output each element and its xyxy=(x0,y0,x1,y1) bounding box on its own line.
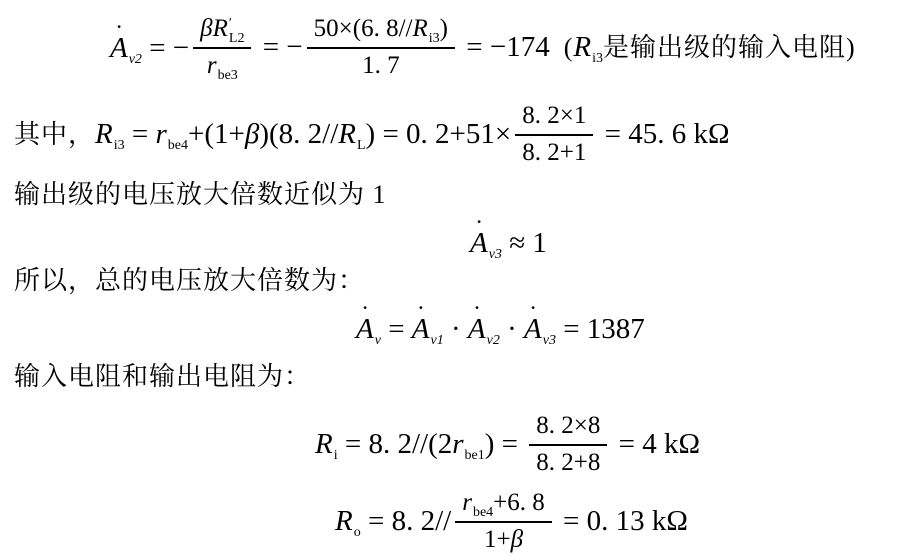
center-dot: · xyxy=(500,313,524,346)
variable-R: R xyxy=(413,15,428,44)
dot-accent: ˙ xyxy=(473,301,482,331)
numerator-8-2x1: 8. 2×1 xyxy=(515,101,593,136)
subscript-v2: v2 xyxy=(487,333,500,349)
result-text: = 45. 6 kΩ xyxy=(597,118,729,151)
A-dot-symbol: ˙A xyxy=(356,311,374,346)
fraction-beta-rl2-over-rbe3: βR′L2 rbe3 xyxy=(193,14,251,82)
note-chinese-text: 是输出级的输入电阻 xyxy=(603,33,846,63)
textbook-page: ˙Av2 = − βR′L2 rbe3 = − 50×(6. 8//Ri3) 1… xyxy=(0,0,913,560)
output-stage-gain-sentence: 输出级的电压放大倍数近似为 1 xyxy=(14,180,387,210)
ri3-note: (Ri3是输出级的输入电阻) xyxy=(564,31,856,64)
subscript-i3: i3 xyxy=(592,51,603,67)
equals-minus-2: = − xyxy=(255,31,302,64)
fraction-ri: 8. 2×8 8. 2+8 xyxy=(529,411,607,479)
variable-r: r xyxy=(155,118,166,151)
variable-r: r xyxy=(207,52,217,81)
ro-lhs: Ro = 8. 2// xyxy=(335,505,451,538)
A-dot-symbol: ˙A xyxy=(412,311,430,346)
ri-result: = 4 kΩ xyxy=(611,428,700,461)
num-rest-text: +6. 8 xyxy=(493,489,545,518)
sentence-text: 所以，总的电压放大倍数为： xyxy=(14,266,365,296)
equation-ro-row: Ro = 8. 2// rbe4+6. 8 1+β = 0. 13 kΩ xyxy=(335,484,688,560)
beta-symbol: β xyxy=(200,15,212,44)
subscript-i3: i3 xyxy=(429,31,440,47)
A-dot-symbol: ˙A xyxy=(468,311,486,346)
den-text-a: 1+ xyxy=(484,526,511,555)
dot-accent: ˙ xyxy=(361,301,370,331)
prime-sub-stack: ′L2 xyxy=(229,17,245,46)
variable-R: R xyxy=(338,118,356,151)
subscript-L2: L2 xyxy=(229,32,245,47)
result-text: = 0. 13 kΩ xyxy=(556,505,688,538)
av2-result: = −174 xyxy=(459,31,550,64)
denominator-8-2plus8: 8. 2+8 xyxy=(529,446,607,479)
dot-accent: ˙ xyxy=(529,301,538,331)
av3-formula: ˙Av3 ≈ 1 xyxy=(470,225,547,260)
dot-accent: ˙ xyxy=(475,215,484,245)
total-gain-sentence: 所以，总的电压放大倍数为： xyxy=(14,266,365,296)
result-text: = 4 kΩ xyxy=(611,428,700,461)
numerator-beta-rl2: βR′L2 xyxy=(193,14,251,49)
den-text: 8. 2+8 xyxy=(536,449,600,478)
denominator-rbe3: rbe3 xyxy=(200,49,245,82)
num-text: 8. 2×1 xyxy=(522,102,586,131)
prime-symbol: ′ xyxy=(229,17,232,32)
ri3-lhs: Ri3 = rbe4+(1+β)(8. 2//RL) = 0. 2+51× xyxy=(95,118,511,151)
variable-R: R xyxy=(315,428,333,461)
equals: = xyxy=(125,118,156,151)
den-text: 8. 2+1 xyxy=(522,139,586,168)
A-dot-symbol: ˙A xyxy=(470,225,488,260)
subscript-v1: v1 xyxy=(431,333,444,349)
A-dot-symbol: ˙A xyxy=(110,30,128,65)
numerator-rbe4-plus-6-8: rbe4+6. 8 xyxy=(455,488,552,523)
equation-av-total-row: ˙Av = ˙Av1 · ˙Av2 · ˙Av3 = 1387 xyxy=(356,303,645,355)
subscript-v: v xyxy=(375,333,381,349)
lhs-text-a: = 8. 2// xyxy=(361,505,451,538)
mid-text-2: )(8. 2// xyxy=(259,118,338,151)
equation-av2-row: ˙Av2 = − βR′L2 rbe3 = − 50×(6. 8//Ri3) 1… xyxy=(110,4,856,92)
subscript-v2: v2 xyxy=(129,52,142,68)
variable-R: R xyxy=(335,505,353,538)
subscript-i: i xyxy=(334,448,338,464)
sentence-text: 输出级的电压放大倍数近似为 1 xyxy=(14,180,387,210)
num-text: 8. 2×8 xyxy=(536,412,600,441)
dot-accent: ˙ xyxy=(416,301,425,331)
result-text: = 1387 xyxy=(556,313,645,346)
fraction-ri3: 8. 2×1 8. 2+1 xyxy=(515,101,593,169)
fraction-ro: rbe4+6. 8 1+β xyxy=(455,488,552,556)
av-total-formula: ˙Av = ˙Av1 · ˙Av2 · ˙Av3 = 1387 xyxy=(356,311,645,346)
equation-ri-row: Ri = 8. 2//(2rbe1) = 8. 2×8 8. 2+8 = 4 k… xyxy=(315,404,700,486)
qizhong-label: 其中， xyxy=(14,120,95,150)
subscript-be4: be4 xyxy=(168,138,188,154)
subscript-be1: be1 xyxy=(465,448,485,464)
approx-one: ≈ 1 xyxy=(502,227,547,260)
subscript-L: L xyxy=(357,138,366,154)
num-text-b: ) xyxy=(440,15,448,44)
beta-symbol: β xyxy=(511,526,523,555)
denominator-1-7: 1. 7 xyxy=(355,49,407,82)
numerator-50x: 50×(6. 8//Ri3) xyxy=(307,14,455,49)
av2-lhs: ˙Av2 = − xyxy=(110,30,189,65)
open-paren: ( xyxy=(564,33,574,63)
subscript-o: o xyxy=(354,525,361,541)
beta-symbol: β xyxy=(245,118,259,151)
variable-r: r xyxy=(452,428,463,461)
sentence-text: 输入电阻和输出电阻为： xyxy=(14,362,311,392)
center-dot: · xyxy=(444,313,468,346)
input-output-resistance-sentence: 输入电阻和输出电阻为： xyxy=(14,362,311,392)
equation-ri3-row: 其中， Ri3 = rbe4+(1+β)(8. 2//RL) = 0. 2+51… xyxy=(14,94,730,176)
ri3-result: = 45. 6 kΩ xyxy=(597,118,729,151)
dot-accent: ˙ xyxy=(115,20,124,50)
close-paren: ) xyxy=(846,33,856,63)
variable-R: R xyxy=(213,15,228,44)
lhs-text-a: = 8. 2//(2 xyxy=(338,428,453,461)
variable-r: r xyxy=(462,489,472,518)
A-dot-symbol: ˙A xyxy=(524,311,542,346)
subscript-v3: v3 xyxy=(489,247,502,263)
mid-text-3: ) = 0. 2+51× xyxy=(366,118,512,151)
variable-R: R xyxy=(573,31,591,64)
result-text: = −174 xyxy=(459,31,550,64)
numerator-8-2x8: 8. 2×8 xyxy=(529,411,607,446)
subscript-be3: be3 xyxy=(218,68,238,84)
den-text: 1. 7 xyxy=(362,52,400,81)
equals-minus: = − xyxy=(142,32,189,65)
variable-R: R xyxy=(95,118,113,151)
mid-text-1: +(1+ xyxy=(188,118,245,151)
equals-minus: = − xyxy=(255,31,302,64)
subscript-be4: be4 xyxy=(473,505,493,521)
denominator-1-plus-beta: 1+β xyxy=(477,523,530,556)
lhs-text-b: ) = xyxy=(485,428,526,461)
denominator-8-2plus1: 8. 2+1 xyxy=(515,136,593,169)
fraction-numeric-av2: 50×(6. 8//Ri3) 1. 7 xyxy=(307,14,455,82)
equals: = xyxy=(381,313,412,346)
ri-lhs: Ri = 8. 2//(2rbe1) = xyxy=(315,428,525,461)
subscript-v3: v3 xyxy=(543,333,556,349)
subscript-i3: i3 xyxy=(114,138,125,154)
equation-av3-row: ˙Av3 ≈ 1 xyxy=(470,221,547,265)
ro-result: = 0. 13 kΩ xyxy=(556,505,688,538)
num-text-a: 50×(6. 8// xyxy=(314,15,413,44)
